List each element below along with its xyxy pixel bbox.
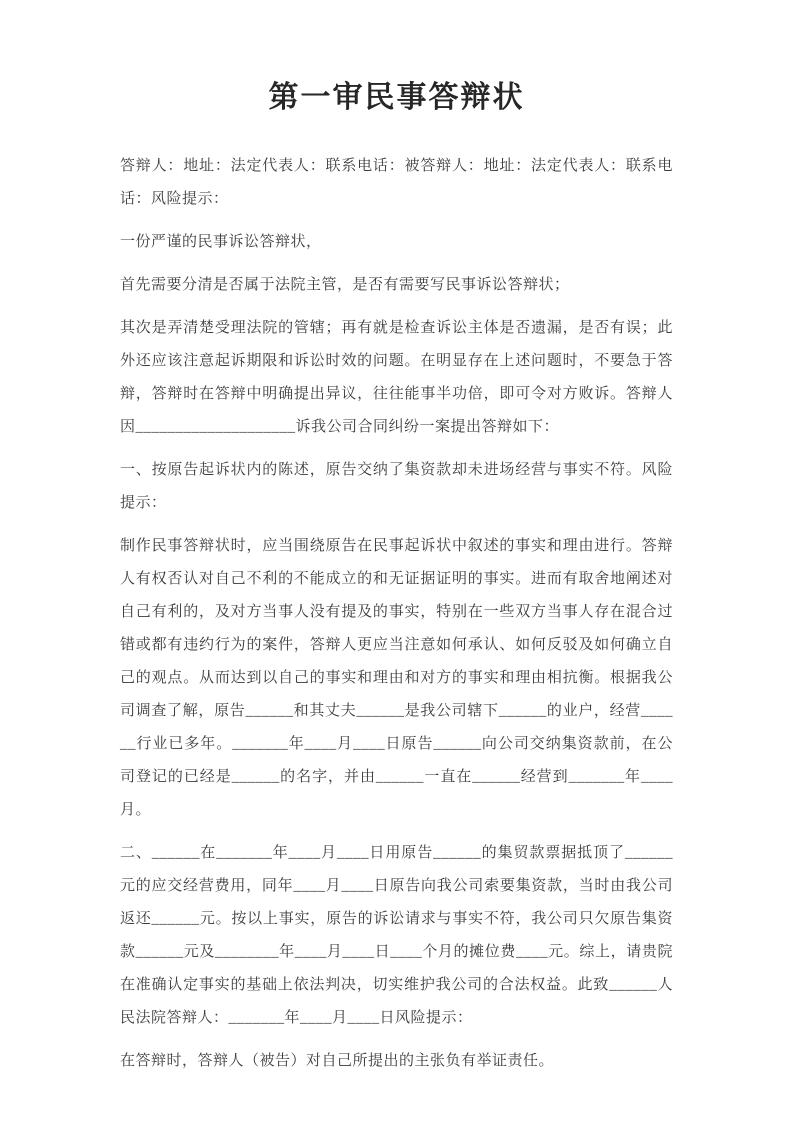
paragraph: 答辩人：地址：法定代表人：联系电话：被答辩人：地址：法定代表人：联系电话：风险提… bbox=[120, 150, 673, 216]
paragraph: 制作民事答辩状时，应当围绕原告在民事起诉状中叙述的事实和理由进行。答辩人有权否认… bbox=[120, 530, 673, 827]
document-body: 答辩人：地址：法定代表人：联系电话：被答辩人：地址：法定代表人：联系电话：风险提… bbox=[120, 150, 673, 1078]
paragraph: 在答辩时，答辩人（被告）对自己所提出的主张负有举证责任。 bbox=[120, 1045, 673, 1078]
paragraph: 一份严谨的民事诉讼答辩状， bbox=[120, 226, 673, 259]
paragraph: 其次是弄清楚受理法院的管辖；再有就是检查诉讼主体是否遗漏，是否有误；此外还应该注… bbox=[120, 312, 673, 444]
paragraph: 首先需要分清是否属于法院主管，是否有需要写民事诉讼答辩状； bbox=[120, 269, 673, 302]
paragraph: 一、按原告起诉状内的陈述，原告交纳了集资款却未进场经营与事实不符。风险提示： bbox=[120, 454, 673, 520]
document-page: 第一审民事答辩状 答辩人：地址：法定代表人：联系电话：被答辩人：地址：法定代表人… bbox=[120, 0, 673, 1078]
paragraph: 二、______在_______年____月____日用原告______的集贸款… bbox=[120, 837, 673, 1035]
page-title: 第一审民事答辩状 bbox=[120, 76, 673, 120]
